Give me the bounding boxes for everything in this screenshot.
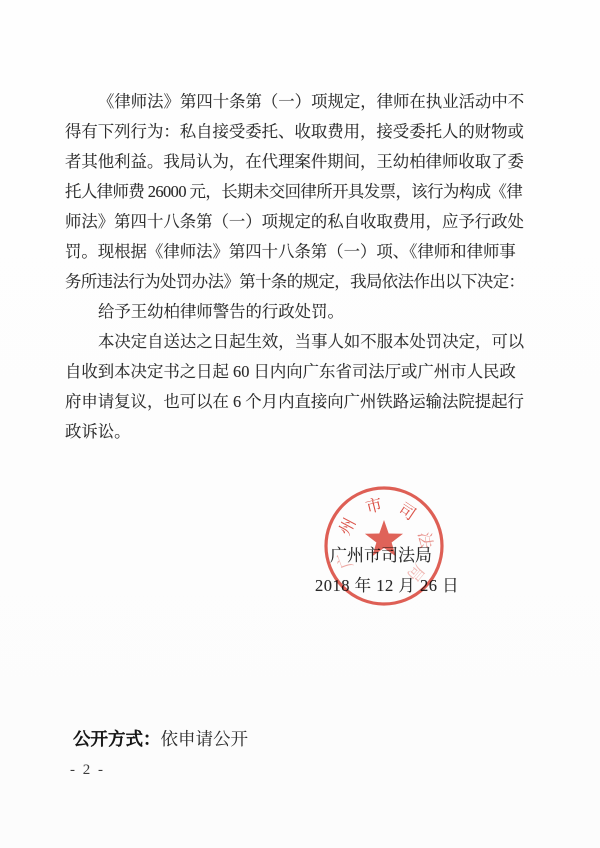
seal-arc-char: 广 [333, 549, 356, 571]
document-line: 罚。现根据《律师法》第四十八条第（一）项、《律师和律师事 [65, 237, 527, 267]
document-line: 者其他利益。我局认为，在代理案件期间，王幼柏律师收取了委 [65, 147, 527, 177]
disclosure-value: 依申请公开 [161, 729, 249, 749]
seal-arc-char: 司 [395, 499, 419, 524]
document-line: 师法》第四十八条第（一）项规定的私自收取费用，应予行政处 [65, 207, 527, 237]
document-line: 本决定自送达之日起生效，当事人如不服本处罚决定，可以 [65, 327, 527, 357]
document-line: 《律师法》第四十条第（一）项规定，律师在执业活动中不 [65, 87, 527, 117]
document-line: 府申请复议，也可以在 6 个月内直接向广州铁路运输法院提起行 [65, 387, 527, 417]
disclosure-method: 公开方式：依申请公开 [73, 729, 248, 749]
scanned-document-page: 《律师法》第四十条第（一）项规定，律师在执业活动中不 得有下列行为：私自接受委托… [0, 0, 600, 848]
official-seal: 广 州 市 司 法 局 [309, 471, 459, 621]
document-line: 自收到本决定书之日起 60 日内向广东省司法厅或广州市人民政 [65, 357, 527, 387]
decision-body-text: 《律师法》第四十条第（一）项规定，律师在执业活动中不 得有下列行为：私自接受委托… [65, 87, 527, 447]
document-line: 得有下列行为：私自接受委托、收取费用，接受委托人的财物或 [65, 117, 527, 147]
disclosure-label: 公开方式： [73, 729, 161, 749]
document-line: 政诉讼。 [65, 417, 527, 447]
seal-arc-char: 市 [364, 495, 385, 517]
seal-arc-char: 州 [335, 515, 360, 538]
seal-arc-char: 局 [403, 560, 428, 585]
star-icon [365, 520, 403, 556]
page-number: - 2 - [70, 762, 105, 779]
document-line: 托人律师费 26000 元，长期未交回律所开具发票，该行为构成《律 [65, 177, 527, 207]
document-line: 务所违法行为处罚办法》第十条的规定，我局依法作出以下决定： [65, 267, 527, 297]
document-line: 给予王幼柏律师警告的行政处罚。 [65, 297, 527, 327]
seal-arc-char: 法 [415, 531, 436, 550]
